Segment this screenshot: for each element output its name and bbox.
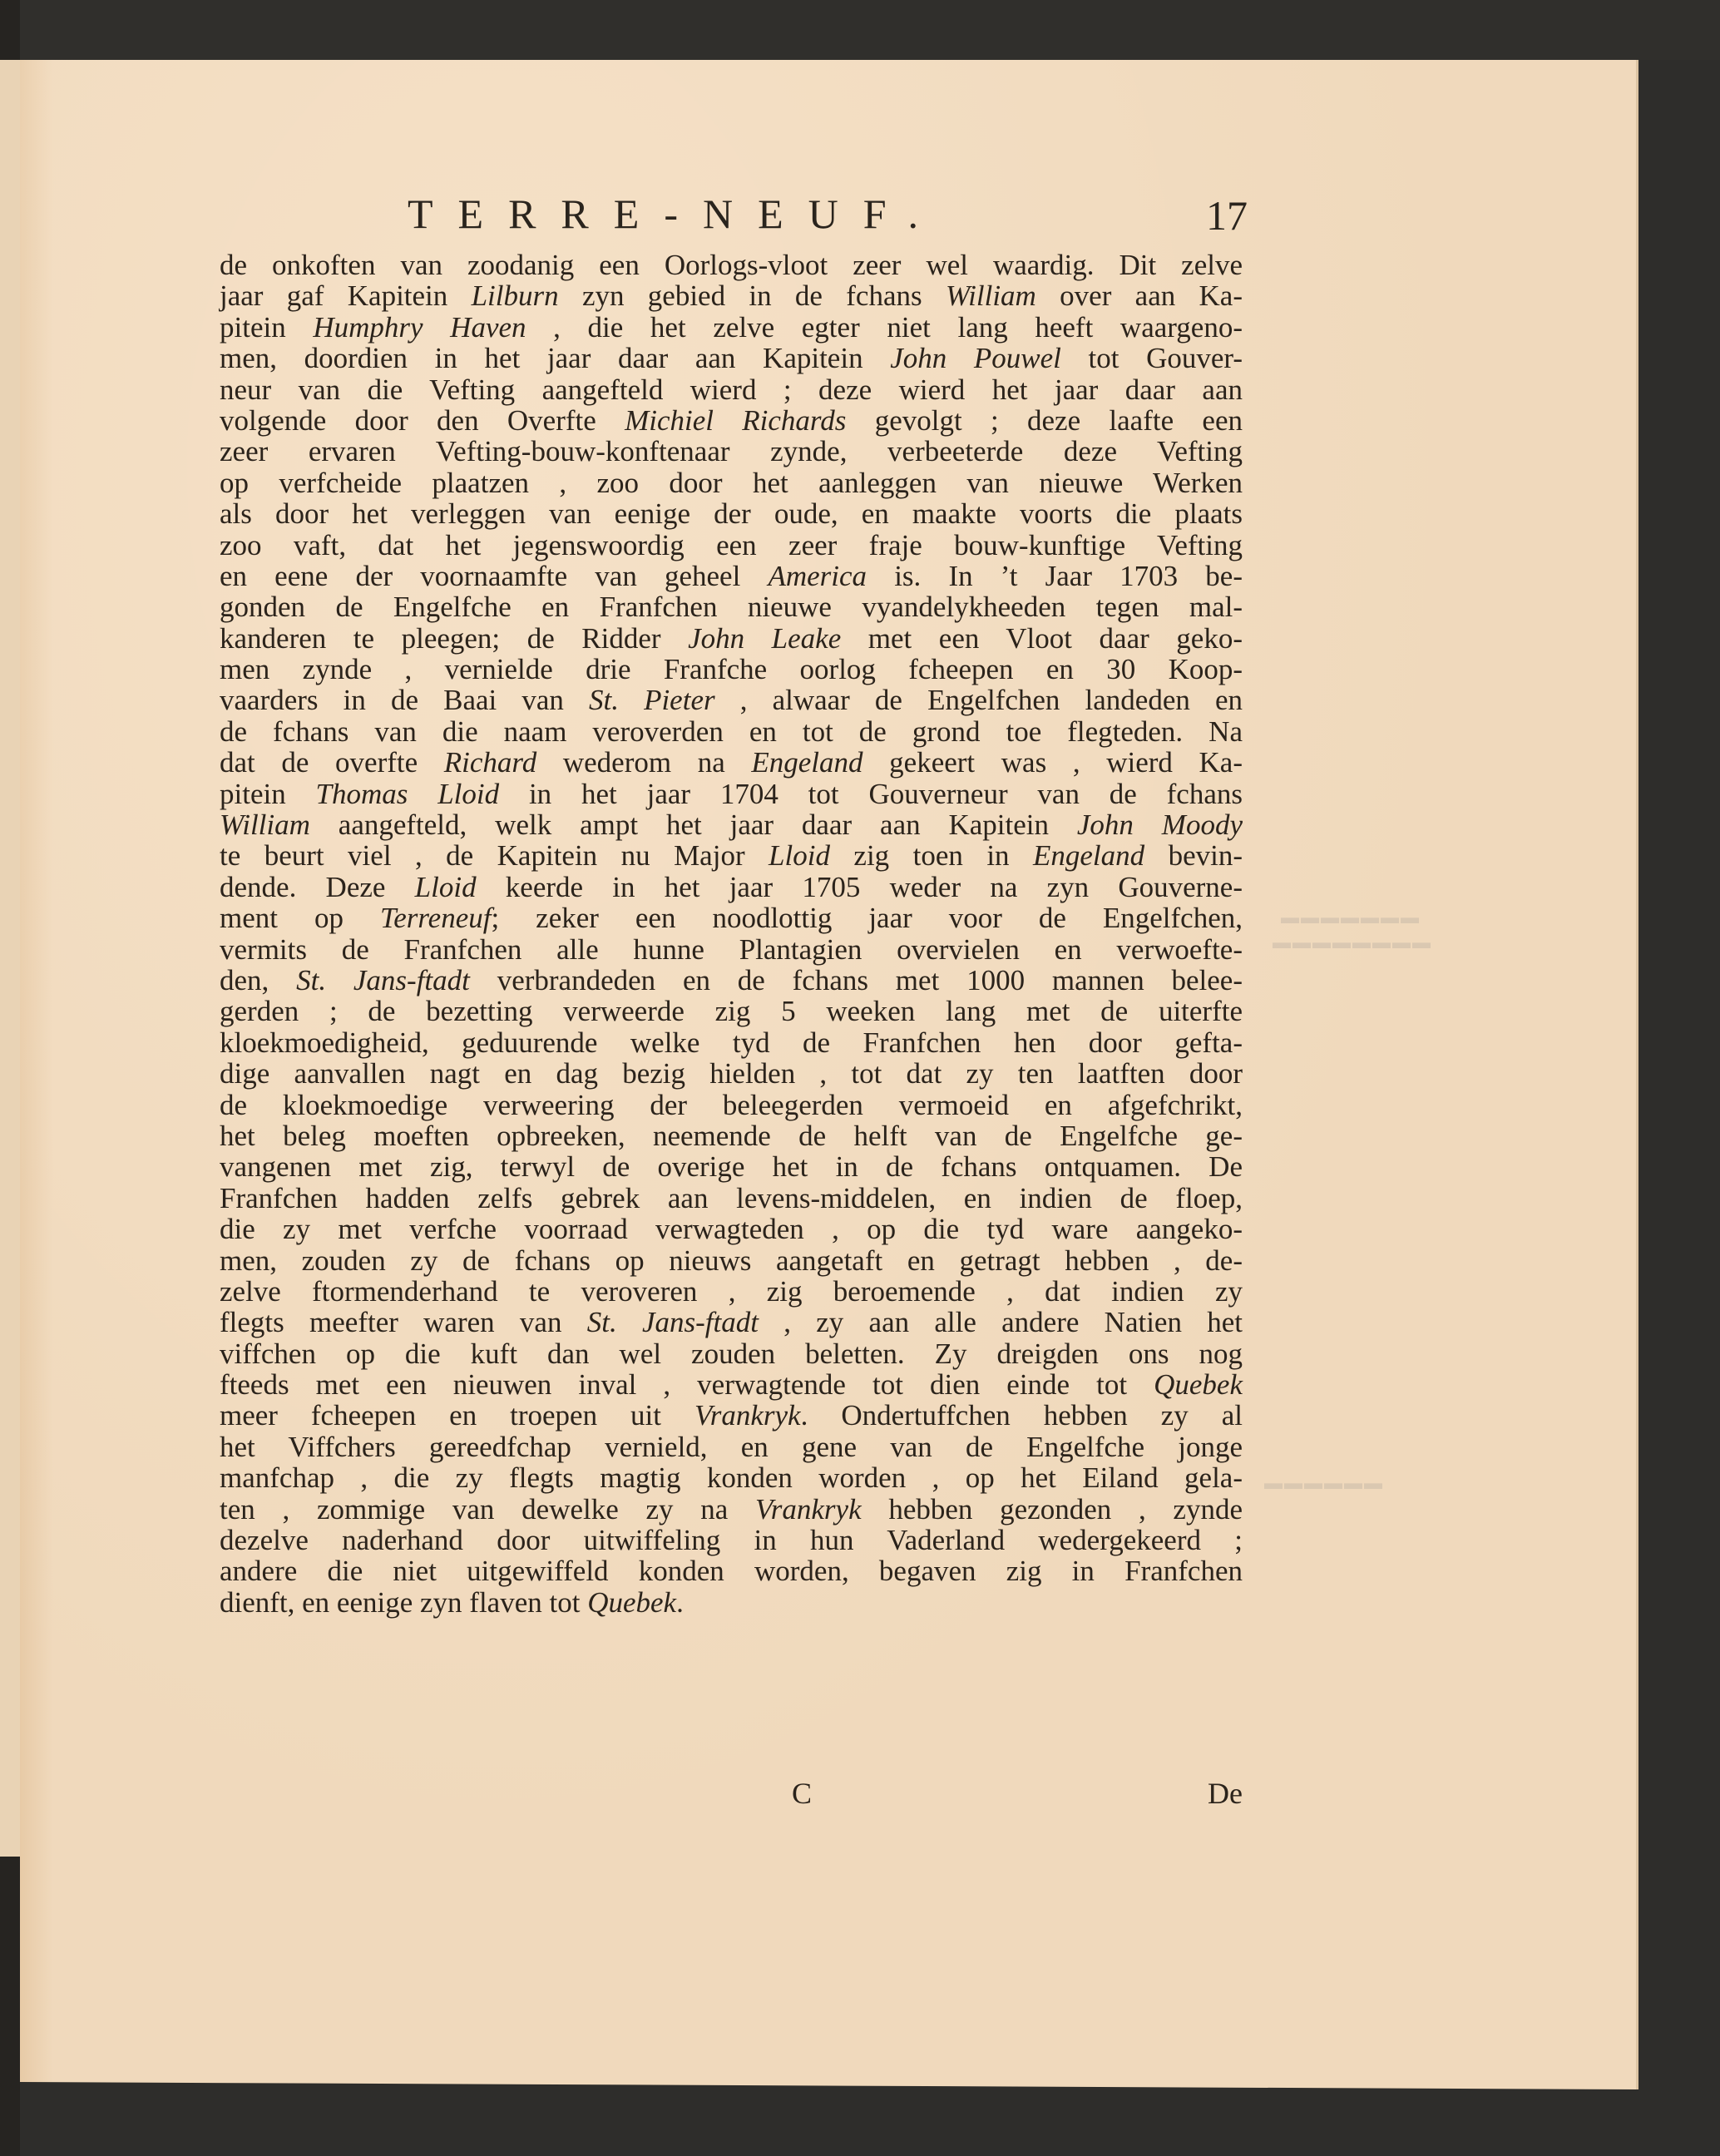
text-run: zoo vaft, dat het jegenswoordig een zeer… (220, 529, 1243, 561)
text-run: volgende door den Overfte (220, 404, 625, 437)
text-line: vermits de Franfchen alle hunne Plantagi… (220, 934, 1243, 965)
text-run: kloekmoedigheid, geduurende welke tyd de… (220, 1026, 1243, 1059)
text-run: de onkoften van zoodanig een Oorlogs-vlo… (220, 249, 1243, 281)
text-line: dende. Deze Lloid keerde in het jaar 170… (220, 872, 1243, 902)
italic-name: St. Jans-ftadt (296, 964, 470, 996)
text-run: zyn gebied in de fchans (559, 279, 946, 312)
text-run: men, zouden zy de fchans op nieuws aange… (220, 1244, 1243, 1277)
italic-name: St. Pieter (589, 684, 715, 716)
italic-name: Engeland (751, 746, 862, 779)
text-run: die zy met verfche voorraad verwagteden … (220, 1213, 1243, 1245)
text-line: William aangefteld, welk ampt het jaar d… (220, 809, 1243, 840)
text-run: zelve ftormenderhand te veroveren , zig … (220, 1275, 1243, 1308)
catchword: De (1208, 1776, 1243, 1811)
italic-name: Quebek (587, 1586, 676, 1619)
text-line: te beurt viel , de Kapitein nu Major Llo… (220, 840, 1243, 871)
text-line: men, zouden zy de fchans op nieuws aange… (220, 1245, 1243, 1276)
text-run: te beurt viel , de Kapitein nu Major (220, 839, 769, 872)
text-line: Franfchen hadden zelfs gebrek aan levens… (220, 1183, 1243, 1214)
italic-name: America (768, 560, 867, 592)
text-run: men zynde , vernielde drie Franfche oorl… (220, 653, 1243, 685)
text-run: . Ondertuffchen hebben zy al (801, 1399, 1243, 1432)
text-run: , alwaar de Engelfchen landeden en (715, 684, 1243, 716)
text-run: dat de overfte (220, 746, 444, 779)
text-run: meer fcheepen en troepen uit (220, 1399, 694, 1432)
text-run: pitein (220, 311, 313, 344)
text-run: jaar gaf Kapitein (220, 279, 472, 312)
text-line: dat de overfte Richard wederom na Engela… (220, 747, 1243, 778)
text-run: de kloekmoedige verweering der beleegerd… (220, 1089, 1243, 1121)
body-text: de onkoften van zoodanig een Oorlogs-vlo… (220, 250, 1243, 1618)
text-run: aangefteld, welk ampt het jaar daar aan … (310, 808, 1077, 841)
text-line: men zynde , vernielde drie Franfche oorl… (220, 654, 1243, 685)
text-line: fteeds met een nieuwen inval , verwagten… (220, 1369, 1243, 1400)
text-run: dige aanvallen nagt en dag bezig hielden… (220, 1057, 1243, 1090)
text-line: het beleg moeften opbreeken, neemende de… (220, 1120, 1243, 1151)
text-line: meer fcheepen en troepen uit Vrankryk. O… (220, 1400, 1243, 1431)
italic-name: Terreneuf (380, 902, 492, 934)
text-line: op verfcheide plaatzen , zoo door het aa… (220, 467, 1243, 498)
facing-page-edge (0, 60, 20, 1857)
text-line: pitein Thomas Lloid in het jaar 1704 tot… (220, 779, 1243, 809)
text-line: dienft, en eenige zyn flaven tot Quebek. (220, 1587, 1243, 1618)
text-run: neur van die Vefting aangefteld wierd ; … (220, 373, 1243, 406)
text-run: met een Vloot daar geko- (841, 622, 1243, 655)
text-run: gonden de Engelfche en Franfchen nieuwe … (220, 591, 1243, 623)
text-line: en eene der voornaamfte van geheel Ameri… (220, 561, 1243, 591)
text-run: op verfcheide plaatzen , zoo door het aa… (220, 467, 1243, 499)
text-run: dezelve naderhand door uitwiffeling in h… (220, 1524, 1243, 1556)
text-run: . (676, 1586, 684, 1619)
text-line: viffchen op die kuft dan wel zouden bele… (220, 1338, 1243, 1369)
italic-name: William (946, 279, 1036, 312)
text-line: neur van die Vefting aangefteld wierd ; … (220, 374, 1243, 405)
text-line: die zy met verfche voorraad verwagteden … (220, 1214, 1243, 1244)
italic-name: Thomas Lloid (316, 778, 500, 810)
page-footer: C De (220, 1776, 1243, 1812)
text-line: dige aanvallen nagt en dag bezig hielden… (220, 1058, 1243, 1089)
text-run: zig toen in (830, 839, 1033, 872)
italic-name: John Pouwel (890, 342, 1061, 374)
text-line: kloekmoedigheid, geduurende welke tyd de… (220, 1027, 1243, 1058)
text-run: zeer ervaren Vefting-bouw-konftenaar zyn… (220, 435, 1243, 467)
italic-name: Humphry Haven (313, 311, 526, 344)
text-run: is. In ’t Jaar 1703 be- (867, 560, 1243, 592)
text-run: ; zeker een noodlottig jaar voor de Enge… (491, 902, 1243, 934)
bleed-through-mark: ▬▬▬▬▬▬▬▬ (1273, 932, 1432, 953)
text-run: manfchap , die zy flegts magtig konden w… (220, 1461, 1243, 1494)
text-line: zeer ervaren Vefting-bouw-konftenaar zyn… (220, 436, 1243, 467)
text-run: fteeds met een nieuwen inval , verwagten… (220, 1368, 1154, 1401)
text-run: het beleg moeften opbreeken, neemende de… (220, 1120, 1243, 1152)
text-line: gerden ; de bezetting verweerde zig 5 we… (220, 996, 1243, 1026)
text-run: keerde in het jaar 1705 weder na zyn Gou… (477, 871, 1243, 903)
text-run: , zy aan alle andere Natien het (759, 1306, 1243, 1338)
running-head-title: TERRE-NEUF. (408, 190, 943, 238)
text-run: ment op (220, 902, 380, 934)
italic-name: Engeland (1033, 839, 1144, 872)
running-head: TERRE-NEUF. 17 (408, 190, 1248, 240)
italic-name: William (220, 808, 310, 841)
page-number: 17 (1206, 191, 1248, 240)
italic-name: Lilburn (472, 279, 559, 312)
text-run: wederom na (536, 746, 751, 779)
italic-name: Lloid (769, 839, 830, 872)
text-run: vangenen met zig, terwyl de overige het … (220, 1150, 1243, 1183)
text-run: vaarders in de Baai van (220, 684, 589, 716)
text-run: gekeert was , wierd Ka- (863, 746, 1243, 779)
text-line: de onkoften van zoodanig een Oorlogs-vlo… (220, 250, 1243, 280)
text-run: , die het zelve egter niet lang heeft wa… (526, 311, 1243, 344)
text-run: gevolgt ; deze laafte een (846, 404, 1243, 437)
text-run: dienft, en eenige zyn flaven tot (220, 1586, 587, 1619)
text-run: het Viffchers gereedfchap vernield, en g… (220, 1431, 1243, 1463)
text-run: gerden ; de bezetting verweerde zig 5 we… (220, 995, 1243, 1027)
text-run: bevin- (1144, 839, 1243, 872)
text-line: zelve ftormenderhand te veroveren , zig … (220, 1276, 1243, 1307)
text-line: flegts meefter waren van St. Jans-ftadt … (220, 1307, 1243, 1338)
text-line: vangenen met zig, terwyl de overige het … (220, 1151, 1243, 1182)
text-line: den, St. Jans-ftadt verbrandeden en de f… (220, 965, 1243, 996)
text-run: Franfchen hadden zelfs gebrek aan levens… (220, 1182, 1243, 1214)
bleed-through-mark: ▬▬▬▬▬▬▬ (1281, 907, 1421, 928)
text-line: de fchans van die naam veroverden en tot… (220, 716, 1243, 747)
text-line: manfchap , die zy flegts magtig konden w… (220, 1462, 1243, 1493)
text-run: tot Gouver- (1061, 342, 1243, 374)
italic-name: Michiel Richards (625, 404, 846, 437)
text-line: andere die niet uitgewiffeld konden word… (220, 1555, 1243, 1586)
bleed-through-mark: ▬▬▬▬▬▬ (1264, 1472, 1384, 1494)
text-line: zoo vaft, dat het jegenswoordig een zeer… (220, 530, 1243, 561)
text-run: hebben gezonden , zynde (862, 1493, 1243, 1526)
italic-name: Lloid (415, 871, 477, 903)
signature-mark: C (792, 1776, 812, 1811)
text-run: andere die niet uitgewiffeld konden word… (220, 1555, 1243, 1587)
text-line: pitein Humphry Haven , die het zelve egt… (220, 312, 1243, 343)
text-run: kanderen te pleegen; de Ridder (220, 622, 688, 655)
text-run: pitein (220, 778, 316, 810)
text-run: over aan Ka- (1036, 279, 1243, 312)
text-run: vermits de Franfchen alle hunne Plantagi… (220, 933, 1243, 966)
text-run: dende. Deze (220, 871, 415, 903)
italic-name: Quebek (1154, 1368, 1243, 1401)
text-line: vaarders in de Baai van St. Pieter , alw… (220, 685, 1243, 715)
text-run: verbrandeden en de fchans met 1000 manne… (470, 964, 1243, 996)
text-run: flegts meefter waren van (220, 1306, 587, 1338)
text-run: als door het verleggen van eenige der ou… (220, 497, 1243, 530)
text-run: den, (220, 964, 296, 996)
text-line: kanderen te pleegen; de Ridder John Leak… (220, 623, 1243, 654)
text-run: in het jaar 1704 tot Gouverneur van de f… (499, 778, 1243, 810)
text-line: de kloekmoedige verweering der beleegerd… (220, 1090, 1243, 1120)
italic-name: Richard (444, 746, 536, 779)
scan-backdrop-top (0, 0, 1720, 60)
text-run: en eene der voornaamfte van geheel (220, 560, 768, 592)
italic-name: John Leake (688, 622, 841, 655)
text-line: dezelve naderhand door uitwiffeling in h… (220, 1525, 1243, 1555)
text-run: men, doordien in het jaar daar aan Kapit… (220, 342, 890, 374)
text-run: ten , zommige van dewelke zy na (220, 1493, 755, 1526)
text-run: de fchans van die naam veroverden en tot… (220, 715, 1243, 748)
text-line: jaar gaf Kapitein Lilburn zyn gebied in … (220, 280, 1243, 311)
italic-name: John Moody (1077, 808, 1243, 841)
text-line: ment op Terreneuf; zeker een noodlottig … (220, 902, 1243, 933)
text-line: men, doordien in het jaar daar aan Kapit… (220, 343, 1243, 373)
text-line: volgende door den Overfte Michiel Richar… (220, 405, 1243, 436)
text-line: het Viffchers gereedfchap vernield, en g… (220, 1432, 1243, 1462)
italic-name: Vrankryk (755, 1493, 862, 1526)
text-run: viffchen op die kuft dan wel zouden bele… (220, 1338, 1243, 1370)
italic-name: St. Jans-ftadt (587, 1306, 759, 1338)
italic-name: Vrankryk (694, 1399, 801, 1432)
text-line: als door het verleggen van eenige der ou… (220, 498, 1243, 529)
text-line: gonden de Engelfche en Franfchen nieuwe … (220, 591, 1243, 622)
text-line: ten , zommige van dewelke zy na Vrankryk… (220, 1494, 1243, 1525)
